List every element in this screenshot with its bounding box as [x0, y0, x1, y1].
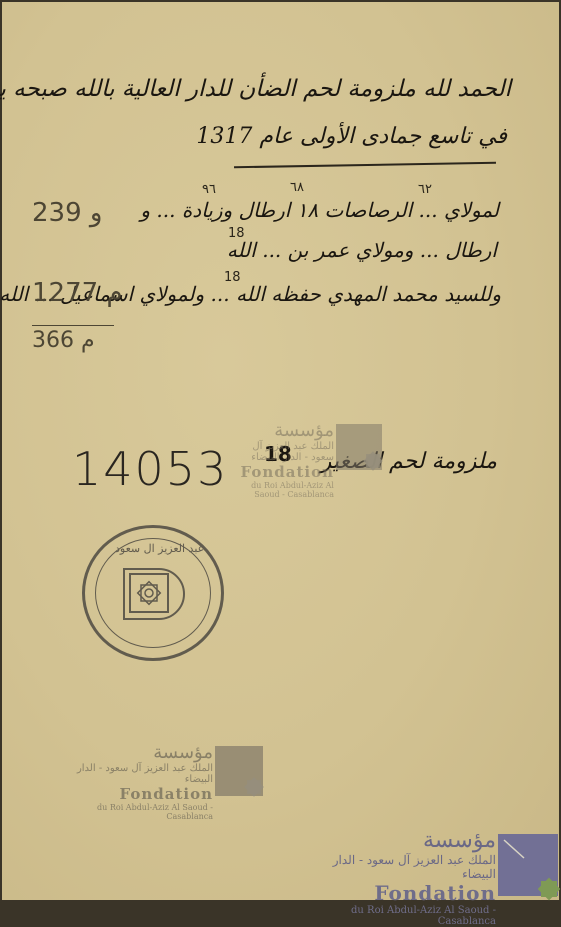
margin-note-middle: 1277 م — [32, 278, 123, 308]
superscript-2: ٦٨ — [290, 180, 304, 195]
margin-note-top: 239 و — [32, 198, 102, 228]
superscript-3: ٩٦ — [202, 182, 216, 197]
watermark-bottom-right: مؤسسة الملك عبد العزيز آل سعود - الدار ا… — [300, 828, 496, 900]
watermark-french-title: Fondation — [57, 785, 213, 803]
watermark-lower: مؤسسة الملك عبد العزيز آل سعود - الدار ا… — [57, 742, 213, 821]
watermark-arabic-title: مؤسسة — [230, 420, 334, 441]
watermark-french-title: Fondation — [300, 881, 496, 900]
margin-note-bottom: 366 م — [32, 328, 95, 353]
watermark-arabic-subtitle: الملك عبد العزيز آل سعود - الدار البيضاء — [230, 441, 334, 463]
seal-stamp: عبد العزيز ال سعود — [82, 525, 224, 661]
header-underline — [234, 162, 496, 169]
margin-fraction-line — [32, 325, 114, 326]
seal-star-emblem-icon — [129, 573, 169, 613]
manuscript-page: الحمد لله ملزومة لحم الضأن للدار العالية… — [2, 2, 559, 900]
foundation-logo-icon — [215, 746, 263, 796]
header-line-2: في تاسع جمادى الأولى عام 1317 — [196, 124, 507, 149]
body-line-1: لمولاي ... الرصاصات ١٨ ارطال وزيادة ... … — [140, 198, 499, 222]
seal-text: عبد العزيز ال سعود — [115, 542, 204, 555]
header-line-1: الحمد لله ملزومة لحم الضأن للدار العالية… — [0, 76, 511, 102]
archive-number: 14053 — [72, 442, 228, 496]
watermark-middle: مؤسسة الملك عبد العزيز آل سعود - الدار ا… — [230, 420, 334, 499]
superscript-1: ٦٢ — [418, 182, 432, 197]
watermark-arabic-subtitle: الملك عبد العزيز آل سعود - الدار البيضاء — [300, 853, 496, 881]
foundation-logo-icon — [336, 424, 382, 470]
watermark-arabic-title: مؤسسة — [57, 742, 213, 763]
foundation-logo-icon — [498, 834, 558, 896]
watermark-french-title: Fondation — [230, 463, 334, 481]
body-line-2: ارطال ... ومولاي عمر بن ... الله — [227, 238, 497, 262]
watermark-arabic-title: مؤسسة — [300, 828, 496, 853]
watermark-french-subtitle: du Roi Abdul-Aziz Al Saoud - Casablanca — [230, 481, 334, 499]
watermark-arabic-subtitle: الملك عبد العزيز آل سعود - الدار البيضاء — [57, 763, 213, 785]
watermark-french-subtitle: du Roi Abdul-Aziz Al Saoud - Casablanca — [57, 803, 213, 821]
